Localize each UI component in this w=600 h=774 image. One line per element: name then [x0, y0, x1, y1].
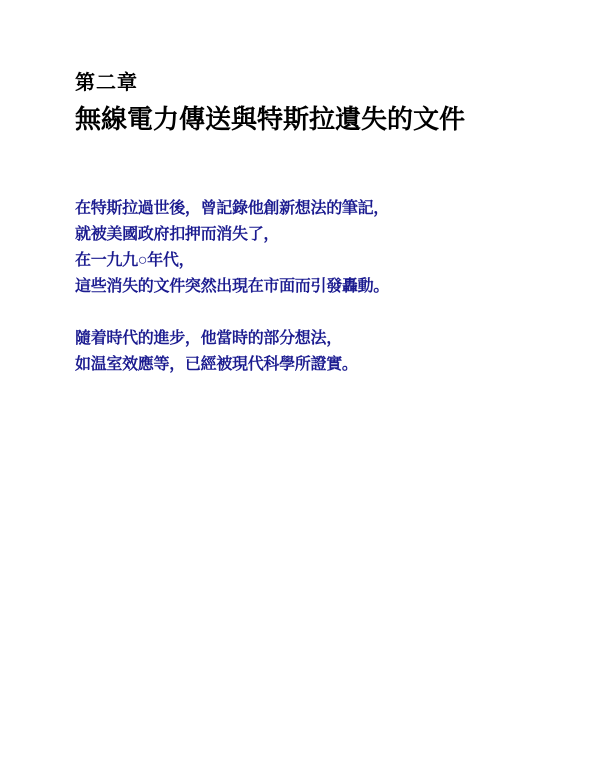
paragraph-1-line-2: 就被美國政府扣押而消失了， [75, 222, 570, 248]
paragraph-1-line-3: 在一九九○年代， [75, 248, 570, 274]
paragraph-1-line-1: 在特斯拉過世後，曾記錄他創新想法的筆記， [75, 196, 570, 222]
paragraph-1: 在特斯拉過世後，曾記錄他創新想法的筆記， 就被美國政府扣押而消失了， 在一九九○… [75, 196, 570, 300]
chapter-label: 第二章 [75, 70, 570, 96]
page-content: 第二章 無線電力傳送與特斯拉遺失的文件 在特斯拉過世後，曾記錄他創新想法的筆記，… [75, 70, 570, 378]
document-page: 第二章 無線電力傳送與特斯拉遺失的文件 在特斯拉過世後，曾記錄他創新想法的筆記，… [0, 0, 600, 774]
paragraph-1-line-4: 這些消失的文件突然出現在市面而引發轟動。 [75, 274, 570, 300]
paragraph-2-line-2: 如温室效應等，已經被現代科學所證實。 [75, 352, 570, 378]
page-title: 無線電力傳送與特斯拉遺失的文件 [75, 104, 570, 136]
paragraph-2-line-1: 隨着時代的進步，他當時的部分想法， [75, 326, 570, 352]
paragraph-2: 隨着時代的進步，他當時的部分想法， 如温室效應等，已經被現代科學所證實。 [75, 326, 570, 378]
body-text: 在特斯拉過世後，曾記錄他創新想法的筆記， 就被美國政府扣押而消失了， 在一九九○… [75, 196, 570, 378]
